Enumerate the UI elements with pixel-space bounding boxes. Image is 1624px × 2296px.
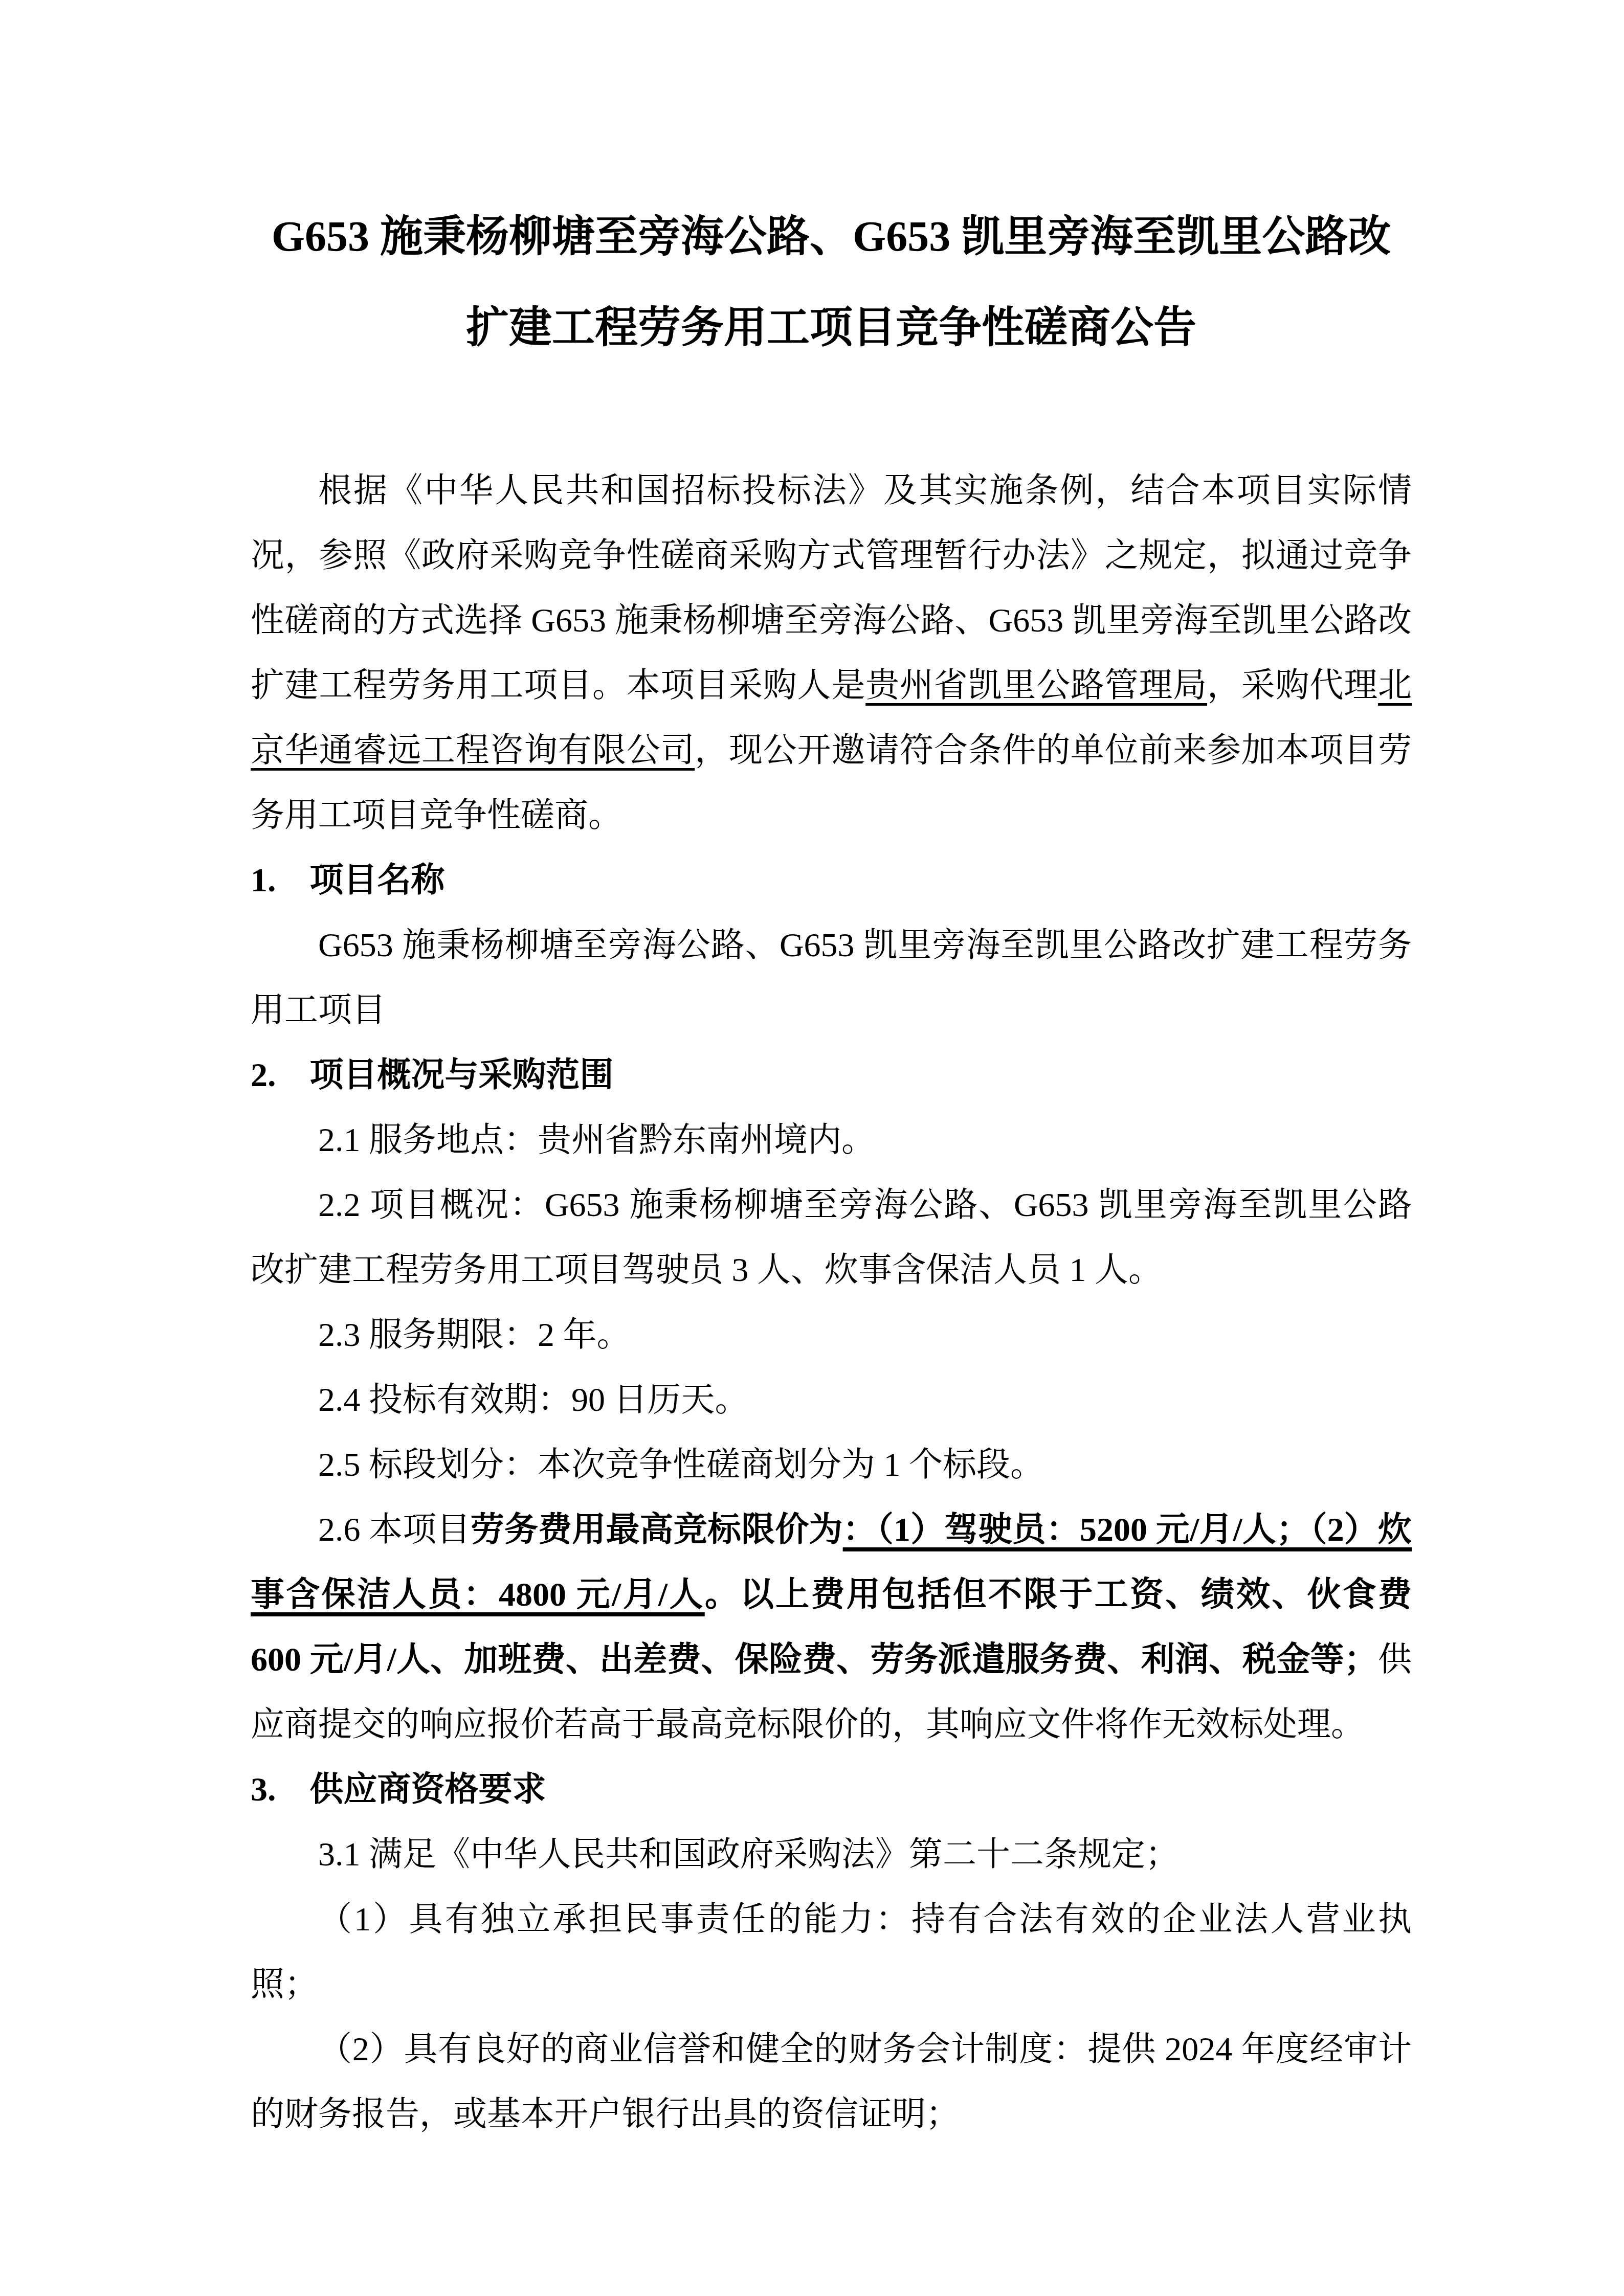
document-title: G653 施秉杨柳塘至旁海公路、G653 凯里旁海至凯里公路改扩建工程劳务用工项…: [251, 192, 1412, 374]
text-run: G653 施秉杨柳塘至旁海公路、G653 凯里旁海至凯里公路改扩建工程劳务用工项…: [251, 927, 1412, 1029]
paragraph: （2）具有良好的商业信誉和健全的财务会计制度：提供 2024 年度经审计的财务报…: [251, 2017, 1412, 2147]
text-run: 2.4 投标有效期：90 日历天。: [318, 1381, 749, 1419]
paragraph: 2.6 本项目劳务费用最高竞标限价为：（1）驾驶员：5200 元/月/人；（2）…: [251, 1497, 1412, 1757]
text-run: 2.1 服务地点：贵州省黔东南州境内。: [318, 1121, 875, 1159]
section-heading: 2. 项目概况与采购范围: [251, 1043, 1412, 1108]
paragraph: 2.4 投标有效期：90 日历天。: [251, 1367, 1412, 1432]
paragraph: 2.2 项目概况：G653 施秉杨柳塘至旁海公路、G653 凯里旁海至凯里公路改…: [251, 1173, 1412, 1302]
text-run: 2.5 标段划分：本次竞争性磋商划分为 1 个标段。: [318, 1446, 1044, 1483]
text-run: 3. 供应商资格要求: [251, 1771, 546, 1808]
document-content: G653 施秉杨柳塘至旁海公路、G653 凯里旁海至凯里公路改扩建工程劳务用工项…: [251, 192, 1412, 2147]
document-body: 根据《中华人民共和国招标投标法》及其实施条例，结合本项目实际情况，参照《政府采购…: [251, 458, 1412, 2147]
paragraph: 2.5 标段划分：本次竞争性磋商划分为 1 个标段。: [251, 1432, 1412, 1497]
title-line: 扩建工程劳务用工项目竞争性磋商公告: [251, 283, 1412, 374]
paragraph: （1）具有独立承担民事责任的能力：持有合法有效的企业法人营业执照；: [251, 1887, 1412, 2017]
text-run: 2.2 项目概况：G653 施秉杨柳塘至旁海公路、G653 凯里旁海至凯里公路改…: [251, 1186, 1412, 1289]
text-run: 1. 项目名称: [251, 862, 445, 899]
document-page: G653 施秉杨柳塘至旁海公路、G653 凯里旁海至凯里公路改扩建工程劳务用工项…: [0, 0, 1624, 2296]
paragraph: 3.1 满足《中华人民共和国政府采购法》第二十二条规定；: [251, 1822, 1412, 1887]
text-run: ，采购代理: [1207, 667, 1378, 704]
title-line: G653 施秉杨柳塘至旁海公路、G653 凯里旁海至凯里公路改: [251, 192, 1412, 283]
paragraph: 2.3 服务期限：2 年。: [251, 1302, 1412, 1367]
text-run: 劳务费用最高竞标限价为: [471, 1511, 843, 1548]
text-run: （1）具有独立承担民事责任的能力：持有合法有效的企业法人营业执照；: [251, 1901, 1412, 2003]
section-heading: 1. 项目名称: [251, 848, 1412, 913]
paragraph: 2.1 服务地点：贵州省黔东南州境内。: [251, 1108, 1412, 1173]
paragraph: G653 施秉杨柳塘至旁海公路、G653 凯里旁海至凯里公路改扩建工程劳务用工项…: [251, 913, 1412, 1043]
text-run: 3.1 满足《中华人民共和国政府采购法》第二十二条规定；: [318, 1836, 1179, 1873]
text-run: 2.6 本项目: [318, 1511, 471, 1548]
text-run: 2.3 服务期限：2 年。: [318, 1316, 631, 1354]
paragraph: 根据《中华人民共和国招标投标法》及其实施条例，结合本项目实际情况，参照《政府采购…: [251, 458, 1412, 848]
text-run: 2. 项目概况与采购范围: [251, 1056, 614, 1094]
text-run: （2）具有良好的商业信誉和健全的财务会计制度：提供 2024 年度经审计的财务报…: [251, 2031, 1412, 2133]
text-run: 贵州省凯里公路管理局: [865, 667, 1207, 704]
section-heading: 3. 供应商资格要求: [251, 1757, 1412, 1822]
